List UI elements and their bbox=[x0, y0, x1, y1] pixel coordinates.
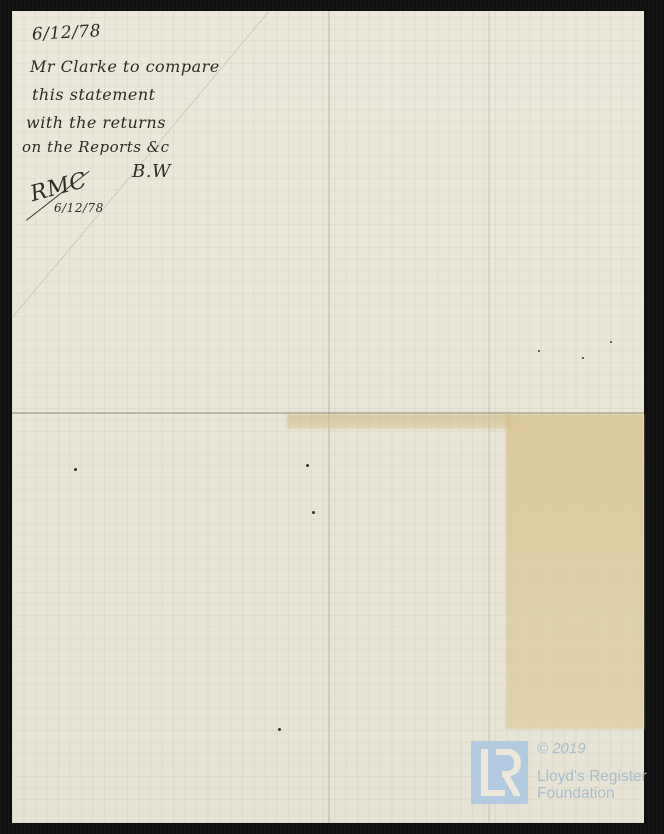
annotation-line: with the returns bbox=[26, 113, 166, 132]
signature: B.W bbox=[132, 161, 171, 182]
ink-speck bbox=[610, 341, 612, 343]
tape-stain-block bbox=[506, 414, 644, 729]
organization-name-line2: Foundation bbox=[537, 785, 647, 802]
tape-stain-strip bbox=[287, 414, 512, 429]
lr-logo-icon bbox=[471, 741, 528, 804]
initials-date: 6/12/78 bbox=[54, 201, 104, 215]
organization-name-line1: Lloyd's Register bbox=[537, 768, 647, 785]
organization-name: Lloyd's Register Foundation bbox=[537, 768, 647, 802]
lloyds-register-watermark: © 2019 Lloyd's Register Foundation bbox=[471, 741, 664, 807]
ink-speck bbox=[582, 357, 584, 359]
ink-speck bbox=[538, 350, 540, 352]
document-page: 6/12/78 Mr Clarke to compare this statem… bbox=[12, 11, 644, 823]
copyright-text: © 2019 bbox=[537, 740, 586, 757]
annotation-line: this statement bbox=[32, 85, 156, 104]
ink-speck bbox=[278, 728, 281, 731]
ink-speck bbox=[306, 464, 309, 467]
handwritten-annotation: 6/12/78 Mr Clarke to compare this statem… bbox=[20, 15, 290, 235]
ink-speck bbox=[312, 511, 315, 514]
annotation-date: 6/12/78 bbox=[32, 21, 102, 45]
annotation-line: on the Reports &c bbox=[22, 138, 170, 156]
ink-speck bbox=[74, 468, 77, 471]
annotation-line: Mr Clarke to compare bbox=[30, 57, 220, 76]
